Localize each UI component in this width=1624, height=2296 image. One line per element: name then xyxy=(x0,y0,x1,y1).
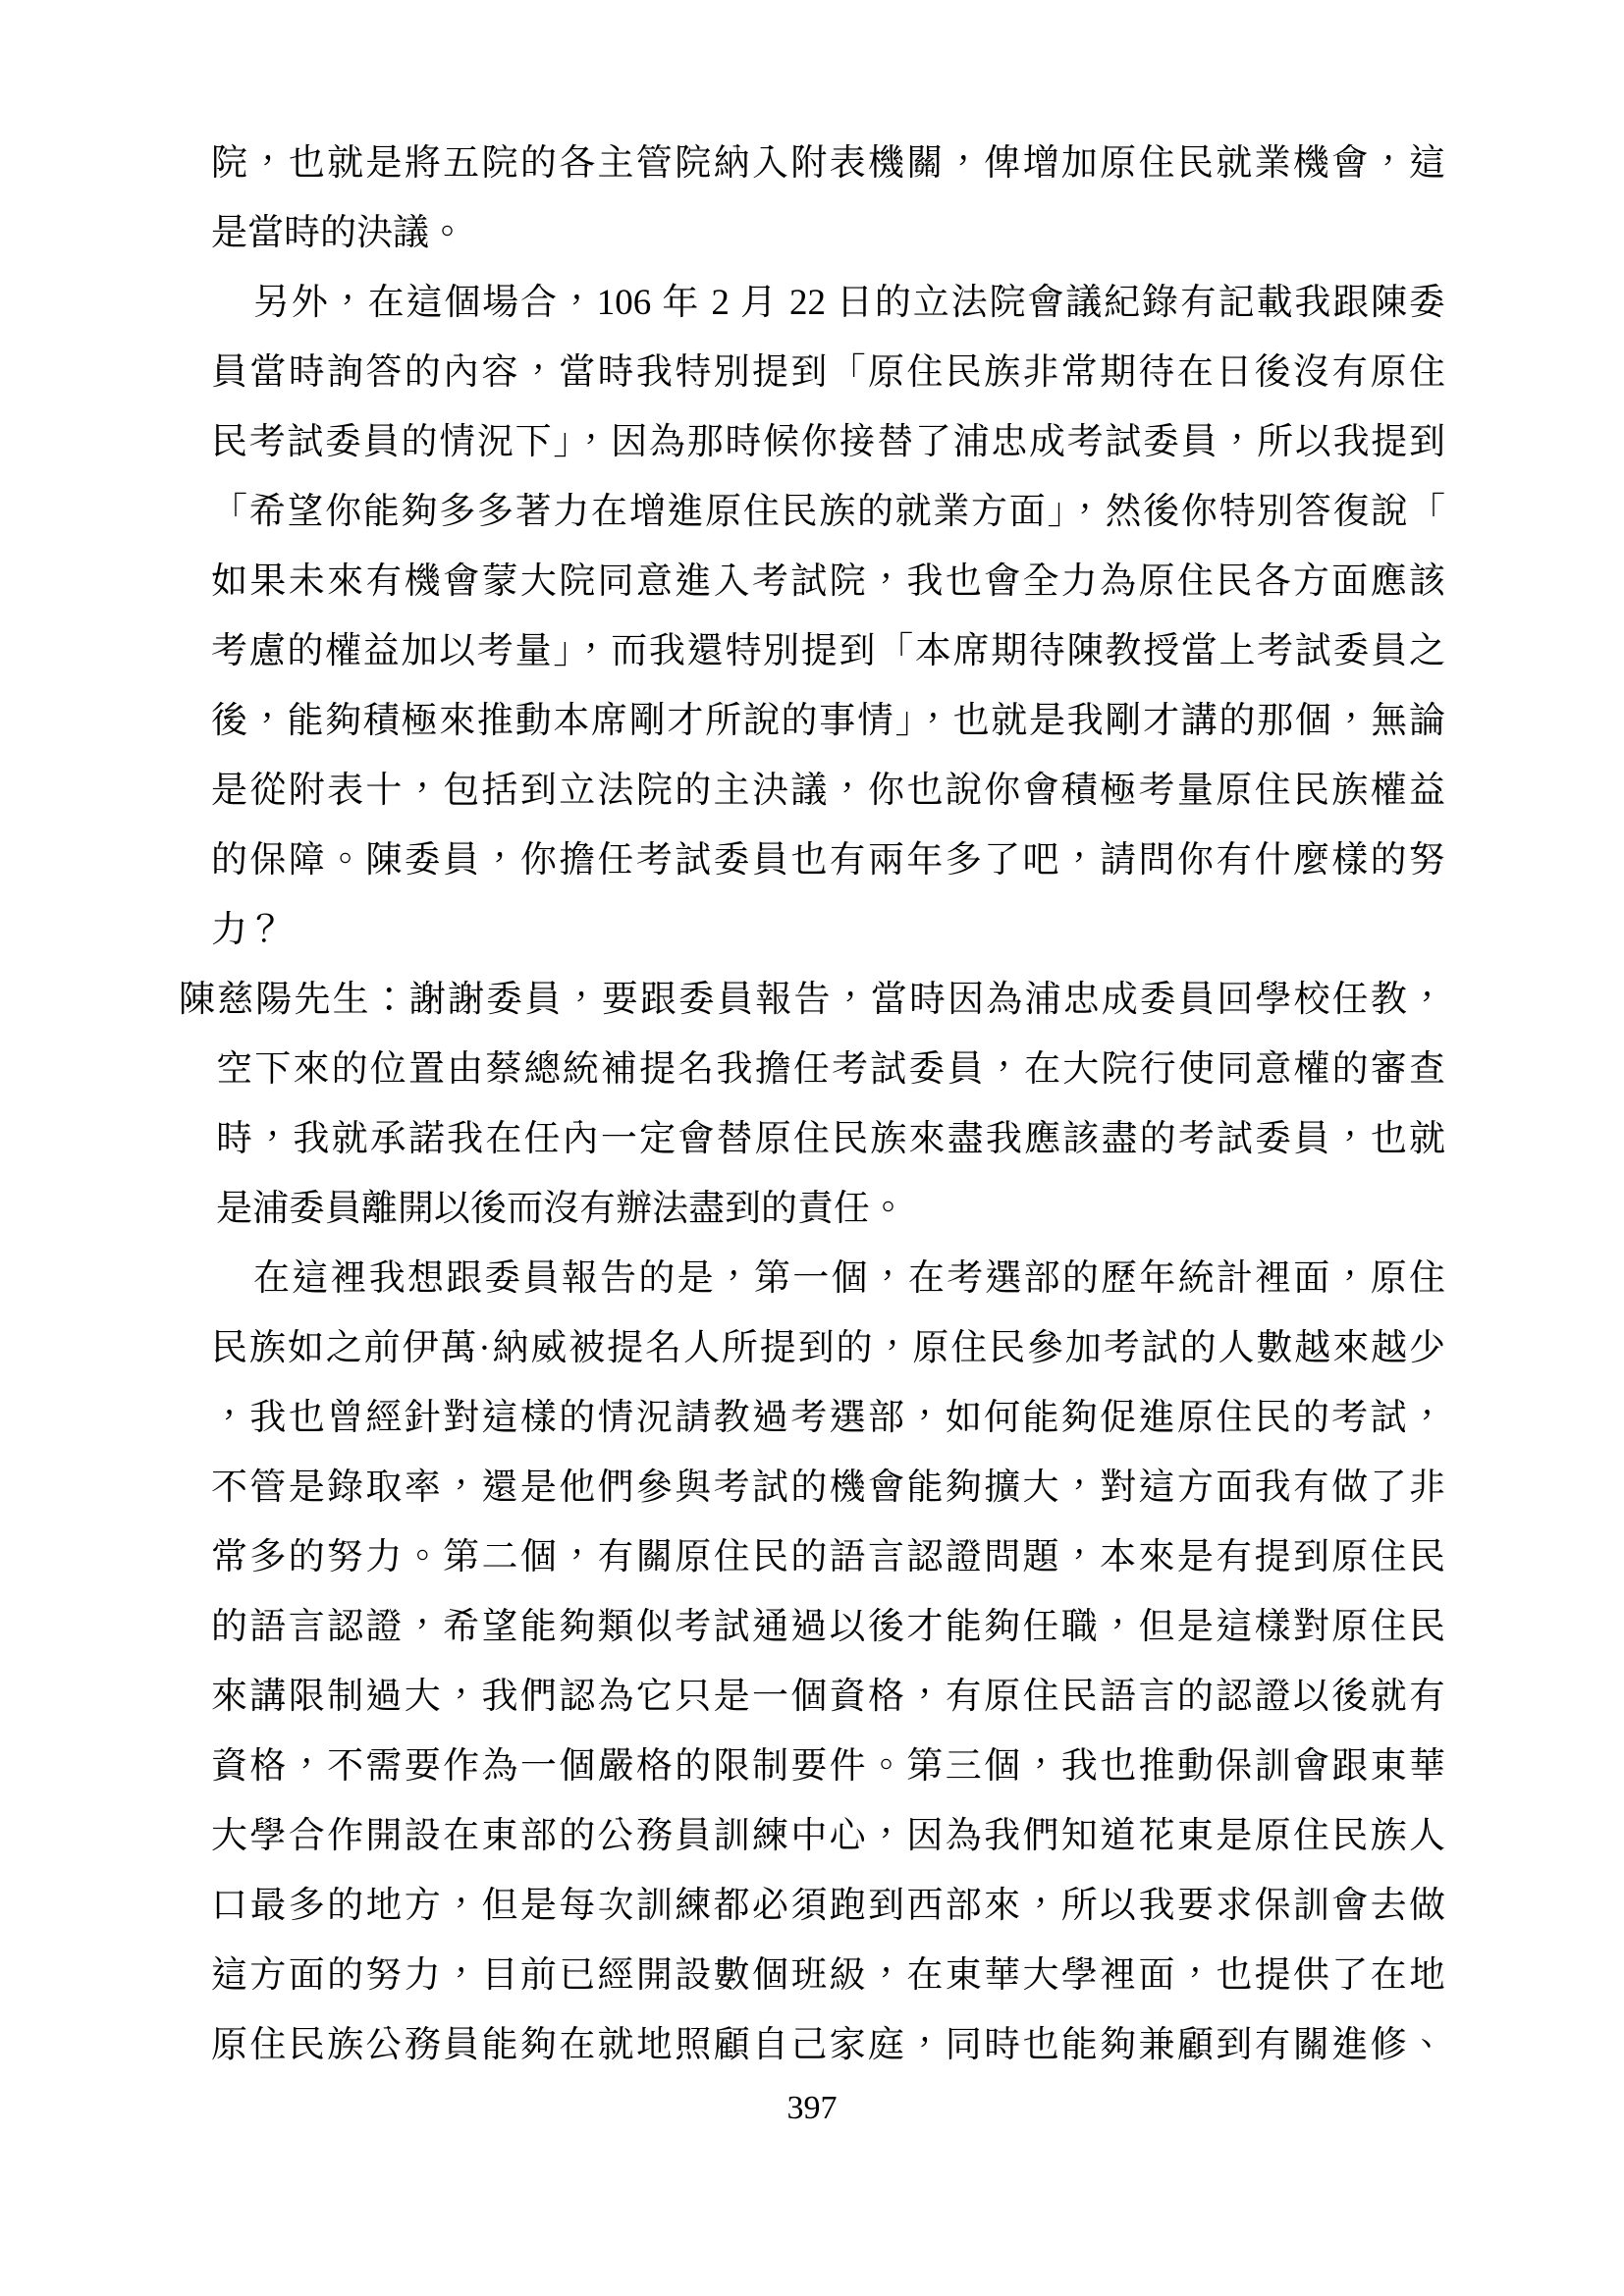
text-line: 民族如之前伊萬·納威被提名人所提到的，原住民參加考試的人數越來越少 xyxy=(211,1313,1445,1383)
text-line: 資格，不需要作為一個嚴格的限制要件。第三個，我也推動保訓會跟東華 xyxy=(211,1732,1445,1801)
paragraph: 院，也就是將五院的各主管院納入附表機關，俾增加原住民就業機會，這是當時的決議。 xyxy=(179,129,1445,268)
text-line: ，我也曾經針對這樣的情況請教過考選部，如何能夠促進原住民的考試， xyxy=(211,1383,1445,1453)
text-line: 的語言認證，希望能夠類似考試通過以後才能夠任職，但是這樣對原住民 xyxy=(211,1592,1445,1662)
text-line: 民考試委員的情況下」，因為那時候你接替了浦忠成考試委員，所以我提到 xyxy=(211,407,1445,477)
page-footer: 397 xyxy=(179,2089,1445,2128)
text-line: 如果未來有機會蒙大院同意進入考試院，我也會全力為原住民各方面應該 xyxy=(211,547,1445,616)
speaker-paragraph: 陳慈陽先生：謝謝委員，要跟委員報告，當時因為浦忠成委員回學校任教，空下來的位置由… xyxy=(179,965,1445,1244)
text-line: 力？ xyxy=(211,895,1445,965)
text-line: 原住民族公務員能夠在就地照顧自己家庭，同時也能夠兼顧到有關進修、 xyxy=(211,2010,1445,2080)
text-line: 大學合作開設在東部的公務員訓練中心，因為我們知道花東是原住民族人 xyxy=(211,1801,1445,1871)
paragraph: 另外，在這個場合，106 年 2 月 22 日的立法院會議紀錄有記載我跟陳委員當… xyxy=(179,268,1445,965)
text-line: 這方面的努力，目前已經開設數個班級，在東華大學裡面，也提供了在地 xyxy=(211,1941,1445,2010)
text-line: 院，也就是將五院的各主管院納入附表機關，俾增加原住民就業機會，這 xyxy=(211,129,1445,198)
text-line: 來講限制過大，我們認為它只是一個資格，有原住民語言的認證以後就有 xyxy=(211,1662,1445,1732)
text-line: 後，能夠積極來推動本席剛才所說的事情」，也就是我剛才講的那個，無論 xyxy=(211,686,1445,756)
text-line: 是浦委員離開以後而沒有辦法盡到的責任。 xyxy=(216,1174,1445,1244)
text-line: 時，我就承諾我在任內一定會替原住民族來盡我應該盡的考試委員，也就 xyxy=(216,1104,1445,1174)
text-line: 口最多的地方，但是每次訓練都必須跑到西部來，所以我要求保訓會去做 xyxy=(211,1871,1445,1941)
text-line: 在這裡我想跟委員報告的是，第一個，在考選部的歷年統計裡面，原住 xyxy=(253,1244,1445,1313)
text-line: 陳慈陽先生：謝謝委員，要跟委員報告，當時因為浦忠成委員回學校任教， xyxy=(179,965,1445,1035)
text-line: 員當時詢答的內容，當時我特別提到「原住民族非常期待在日後沒有原住 xyxy=(211,338,1445,407)
text-line: 不管是錄取率，還是他們參與考試的機會能夠擴大，對這方面我有做了非 xyxy=(211,1453,1445,1522)
text-line: 是從附表十，包括到立法院的主決議，你也說你會積極考量原住民族權益 xyxy=(211,756,1445,826)
text-line: 空下來的位置由蔡總統補提名我擔任考試委員，在大院行使同意權的審查 xyxy=(216,1035,1445,1104)
text-line: 常多的努力。第二個，有關原住民的語言認證問題，本來是有提到原住民 xyxy=(211,1522,1445,1592)
text-line: 「希望你能夠多多著力在增進原住民族的就業方面」，然後你特別答復說「 xyxy=(211,477,1445,547)
text-line: 的保障。陳委員，你擔任考試委員也有兩年多了吧，請問你有什麼樣的努 xyxy=(211,826,1445,895)
text-line: 另外，在這個場合，106 年 2 月 22 日的立法院會議紀錄有記載我跟陳委 xyxy=(253,268,1445,338)
paragraph: 在這裡我想跟委員報告的是，第一個，在考選部的歷年統計裡面，原住民族如之前伊萬·納… xyxy=(179,1244,1445,2080)
document-body: 院，也就是將五院的各主管院納入附表機關，俾增加原住民就業機會，這是當時的決議。另… xyxy=(179,129,1445,2080)
text-line: 考慮的權益加以考量」，而我還特別提到「本席期待陳教授當上考試委員之 xyxy=(211,616,1445,686)
page-number: 397 xyxy=(787,2090,838,2126)
document-page: 院，也就是將五院的各主管院納入附表機關，俾增加原住民就業機會，這是當時的決議。另… xyxy=(0,0,1624,2296)
text-line: 是當時的決議。 xyxy=(211,198,1445,268)
